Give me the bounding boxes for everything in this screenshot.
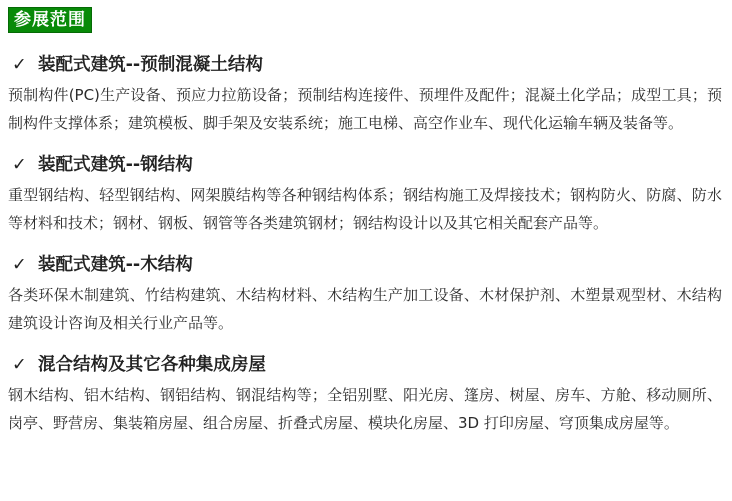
section-heading-label: 混合结构及其它各种集成房屋 [38,355,266,375]
section-body-precast-concrete: 预制构件(PC)生产设备、预应力拉筋设备；预制结构连接件、预埋件及配件；混凝土化… [8,81,722,137]
check-icon: ✓ [12,251,38,279]
section-heading-label: 装配式建筑--钢结构 [38,155,193,175]
section-heading-label: 装配式建筑--预制混凝土结构 [38,55,263,75]
check-icon: ✓ [12,351,38,379]
section-body-mixed-structure: 钢木结构、铝木结构、钢铝结构、钢混结构等；全铝别墅、阳光房、篷房、树屋、房车、方… [8,381,722,437]
exhibition-scope-page: { "page": { "title_badge": "参展范围" }, "ic… [0,0,732,501]
page-header: 参展范围 [8,7,722,33]
section-heading-precast-concrete: ✓装配式建筑--预制混凝土结构 [8,51,722,79]
check-icon: ✓ [12,51,38,79]
section-body-steel-structure: 重型钢结构、轻型钢结构、网架膜结构等各种钢结构体系；钢结构施工及焊接技术；钢构防… [8,181,722,237]
section-heading-steel-structure: ✓装配式建筑--钢结构 [8,151,722,179]
section-heading-label: 装配式建筑--木结构 [38,255,193,275]
page-title: 参展范围 [8,7,92,33]
check-icon: ✓ [12,151,38,179]
section-heading-mixed-structure: ✓混合结构及其它各种集成房屋 [8,351,722,379]
section-body-wood-structure: 各类环保木制建筑、竹结构建筑、木结构材料、木结构生产加工设备、木材保护剂、木塑景… [8,281,722,337]
section-heading-wood-structure: ✓装配式建筑--木结构 [8,251,722,279]
